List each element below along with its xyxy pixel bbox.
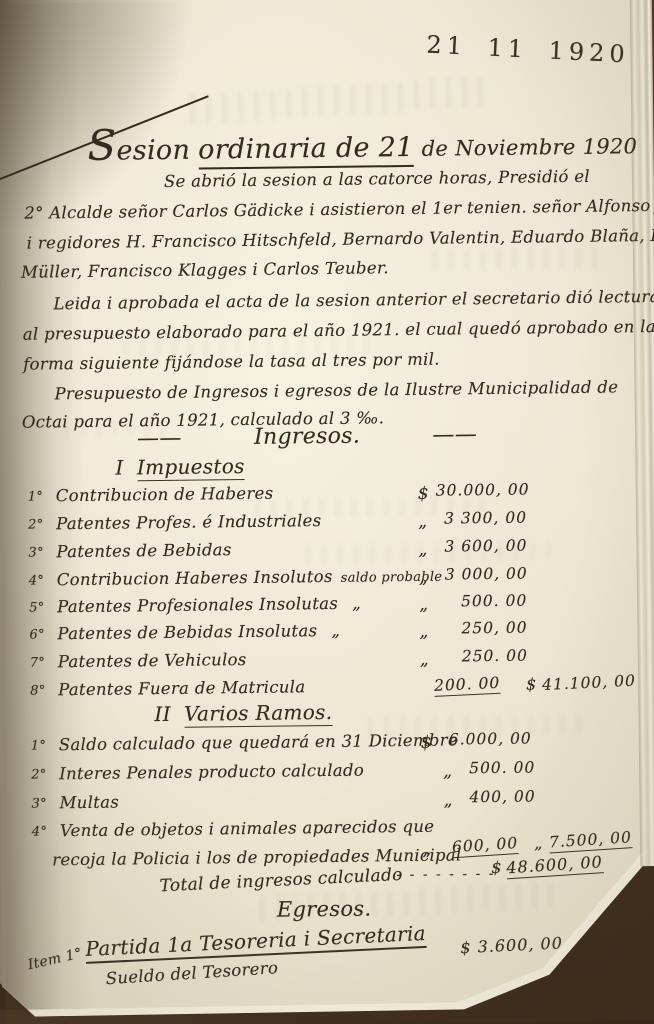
item-desc-text: Patentes Fuera de Matricula: [58, 677, 306, 699]
ditto-mark: „: [443, 790, 452, 810]
item-description: Multas: [59, 793, 119, 813]
item-desc-text: Interes Penales producto calculado: [59, 761, 364, 784]
subtotal-amount: 7.500, 00: [548, 828, 632, 853]
ingresos-heading-row: ——Ingresos.——: [137, 422, 477, 451]
subtotal-currency: $: [526, 674, 537, 693]
item-amount: 3 300, 00: [444, 509, 527, 528]
photo-frame: 21 11 1920 Sesionordinaria de 21de Novie…: [0, 0, 654, 1024]
item-desc-text: Contribucion Haberes Insolutos: [57, 567, 333, 589]
varios-ramos-subheading: II Varios Ramos.: [154, 700, 332, 726]
item-amount: 6.000, 00: [449, 730, 532, 749]
section-numeral: II: [154, 702, 171, 726]
ditto-mark: „: [419, 622, 428, 642]
ditto-mark: „: [419, 595, 428, 615]
item-amount: 3 000, 00: [445, 565, 528, 584]
item-amount: 250. 00: [462, 647, 528, 666]
total-dashes: - - - - - - - -: [396, 866, 495, 883]
item-amount: 600, 00: [452, 834, 519, 858]
item-number: 2°: [31, 767, 47, 782]
item-desc-text: Saldo calculado que quedará en 31 Diciem…: [59, 730, 458, 754]
title-date-part: de Noviembre 1920: [422, 134, 638, 161]
item-number: 1°: [31, 738, 47, 753]
ditto-mark: „: [331, 621, 340, 640]
item-amount: 3 600, 00: [444, 537, 527, 556]
item-number: 4°: [32, 824, 48, 839]
item-desc-text: Patentes Profesionales Insolutas: [57, 594, 338, 616]
session-title: Sesionordinaria de 21de Noviembre 1920: [87, 114, 637, 170]
subtotal-amount: 41.100, 00: [542, 672, 637, 694]
item-desc-text: Patentes Profes. é Industriales: [56, 511, 322, 533]
item-amount: 400, 00: [469, 787, 535, 806]
item-description: Patentes de Bebidas: [56, 540, 231, 561]
item-desc-text: Multas: [59, 793, 119, 813]
item-description: Interes Penales producto calculado: [59, 761, 364, 784]
item-desc-text: Patentes de Bebidas: [56, 540, 231, 561]
varios-ramos-title: Varios Ramos.: [184, 700, 332, 728]
impuestos-subheading: I Impuestos: [115, 454, 245, 480]
item-description: Contribucion Haberes Insolutossaldo prob…: [57, 566, 443, 590]
item-amount: 30.000, 00: [436, 481, 530, 500]
title-ordinaria-underlined: ordinaria de 21: [198, 132, 414, 170]
item-description: Contribucion de Haberes: [56, 484, 274, 506]
item-number: 8°: [30, 683, 46, 698]
currency-sign: $: [491, 858, 502, 877]
item-description: Patentes Profes. é Industriales: [56, 511, 322, 533]
item-description: Patentes de Vehiculos: [58, 650, 247, 671]
item-amount: 500. 00: [469, 758, 535, 777]
ditto-mark: „: [443, 761, 452, 781]
ditto-mark: „: [421, 840, 431, 861]
currency-sign: $: [460, 938, 472, 958]
item-number: 2°: [28, 517, 44, 532]
item-description: Patentes Fuera de Matricula: [58, 677, 306, 699]
dash-left: ——: [137, 426, 182, 452]
ditto-mark: „: [419, 568, 428, 588]
currency-sign: $: [421, 733, 432, 753]
item-desc-text: Venta de objetos i animales aparecidos q…: [60, 817, 435, 841]
section-numeral: I: [115, 455, 123, 479]
item-desc-text: Contribucion de Haberes: [56, 484, 274, 506]
item-desc-text: Patentes de Bebidas Insolutas: [57, 621, 317, 643]
item-amount: 200. 00: [434, 674, 501, 697]
item-description: Patentes Profesionales Insolutas„: [57, 594, 361, 617]
item-description: Saldo calculado que quedará en 31 Diciem…: [59, 730, 458, 754]
impuestos-title: Impuestos: [137, 454, 245, 481]
ditto-mark: „: [418, 540, 427, 560]
item-description: Patentes de Bebidas Insolutas„: [57, 621, 340, 643]
item-description: Venta de objetos i animales aparecidos q…: [60, 817, 435, 841]
item-number: 5°: [29, 600, 45, 615]
egresos-heading: Egresos.: [277, 896, 372, 921]
item-number: 7°: [30, 655, 46, 670]
ingresos-heading: Ingresos.: [254, 424, 360, 450]
item-number: 6°: [29, 627, 45, 642]
item-number: 1°: [28, 489, 44, 504]
ditto-mark: „: [352, 594, 361, 613]
item-desc-text: Patentes de Vehiculos: [58, 650, 247, 671]
item-number: 4°: [29, 573, 45, 588]
item-amount: 250, 00: [461, 619, 527, 638]
item-amount: 500. 00: [461, 592, 527, 611]
amount-text: 3.600, 00: [477, 933, 563, 956]
ditto-mark: „: [418, 512, 427, 532]
ditto-mark: „: [420, 650, 429, 670]
currency-sign: $: [418, 484, 429, 504]
subtotal-currency: „: [534, 833, 543, 852]
item-number: 3°: [28, 545, 44, 560]
dash-right: ——: [432, 422, 477, 448]
book-page-group: 21 11 1920 Sesionordinaria de 21de Novie…: [0, 0, 654, 1024]
title-word-sesion: Sesion: [87, 120, 190, 170]
item-number: 3°: [31, 796, 47, 811]
